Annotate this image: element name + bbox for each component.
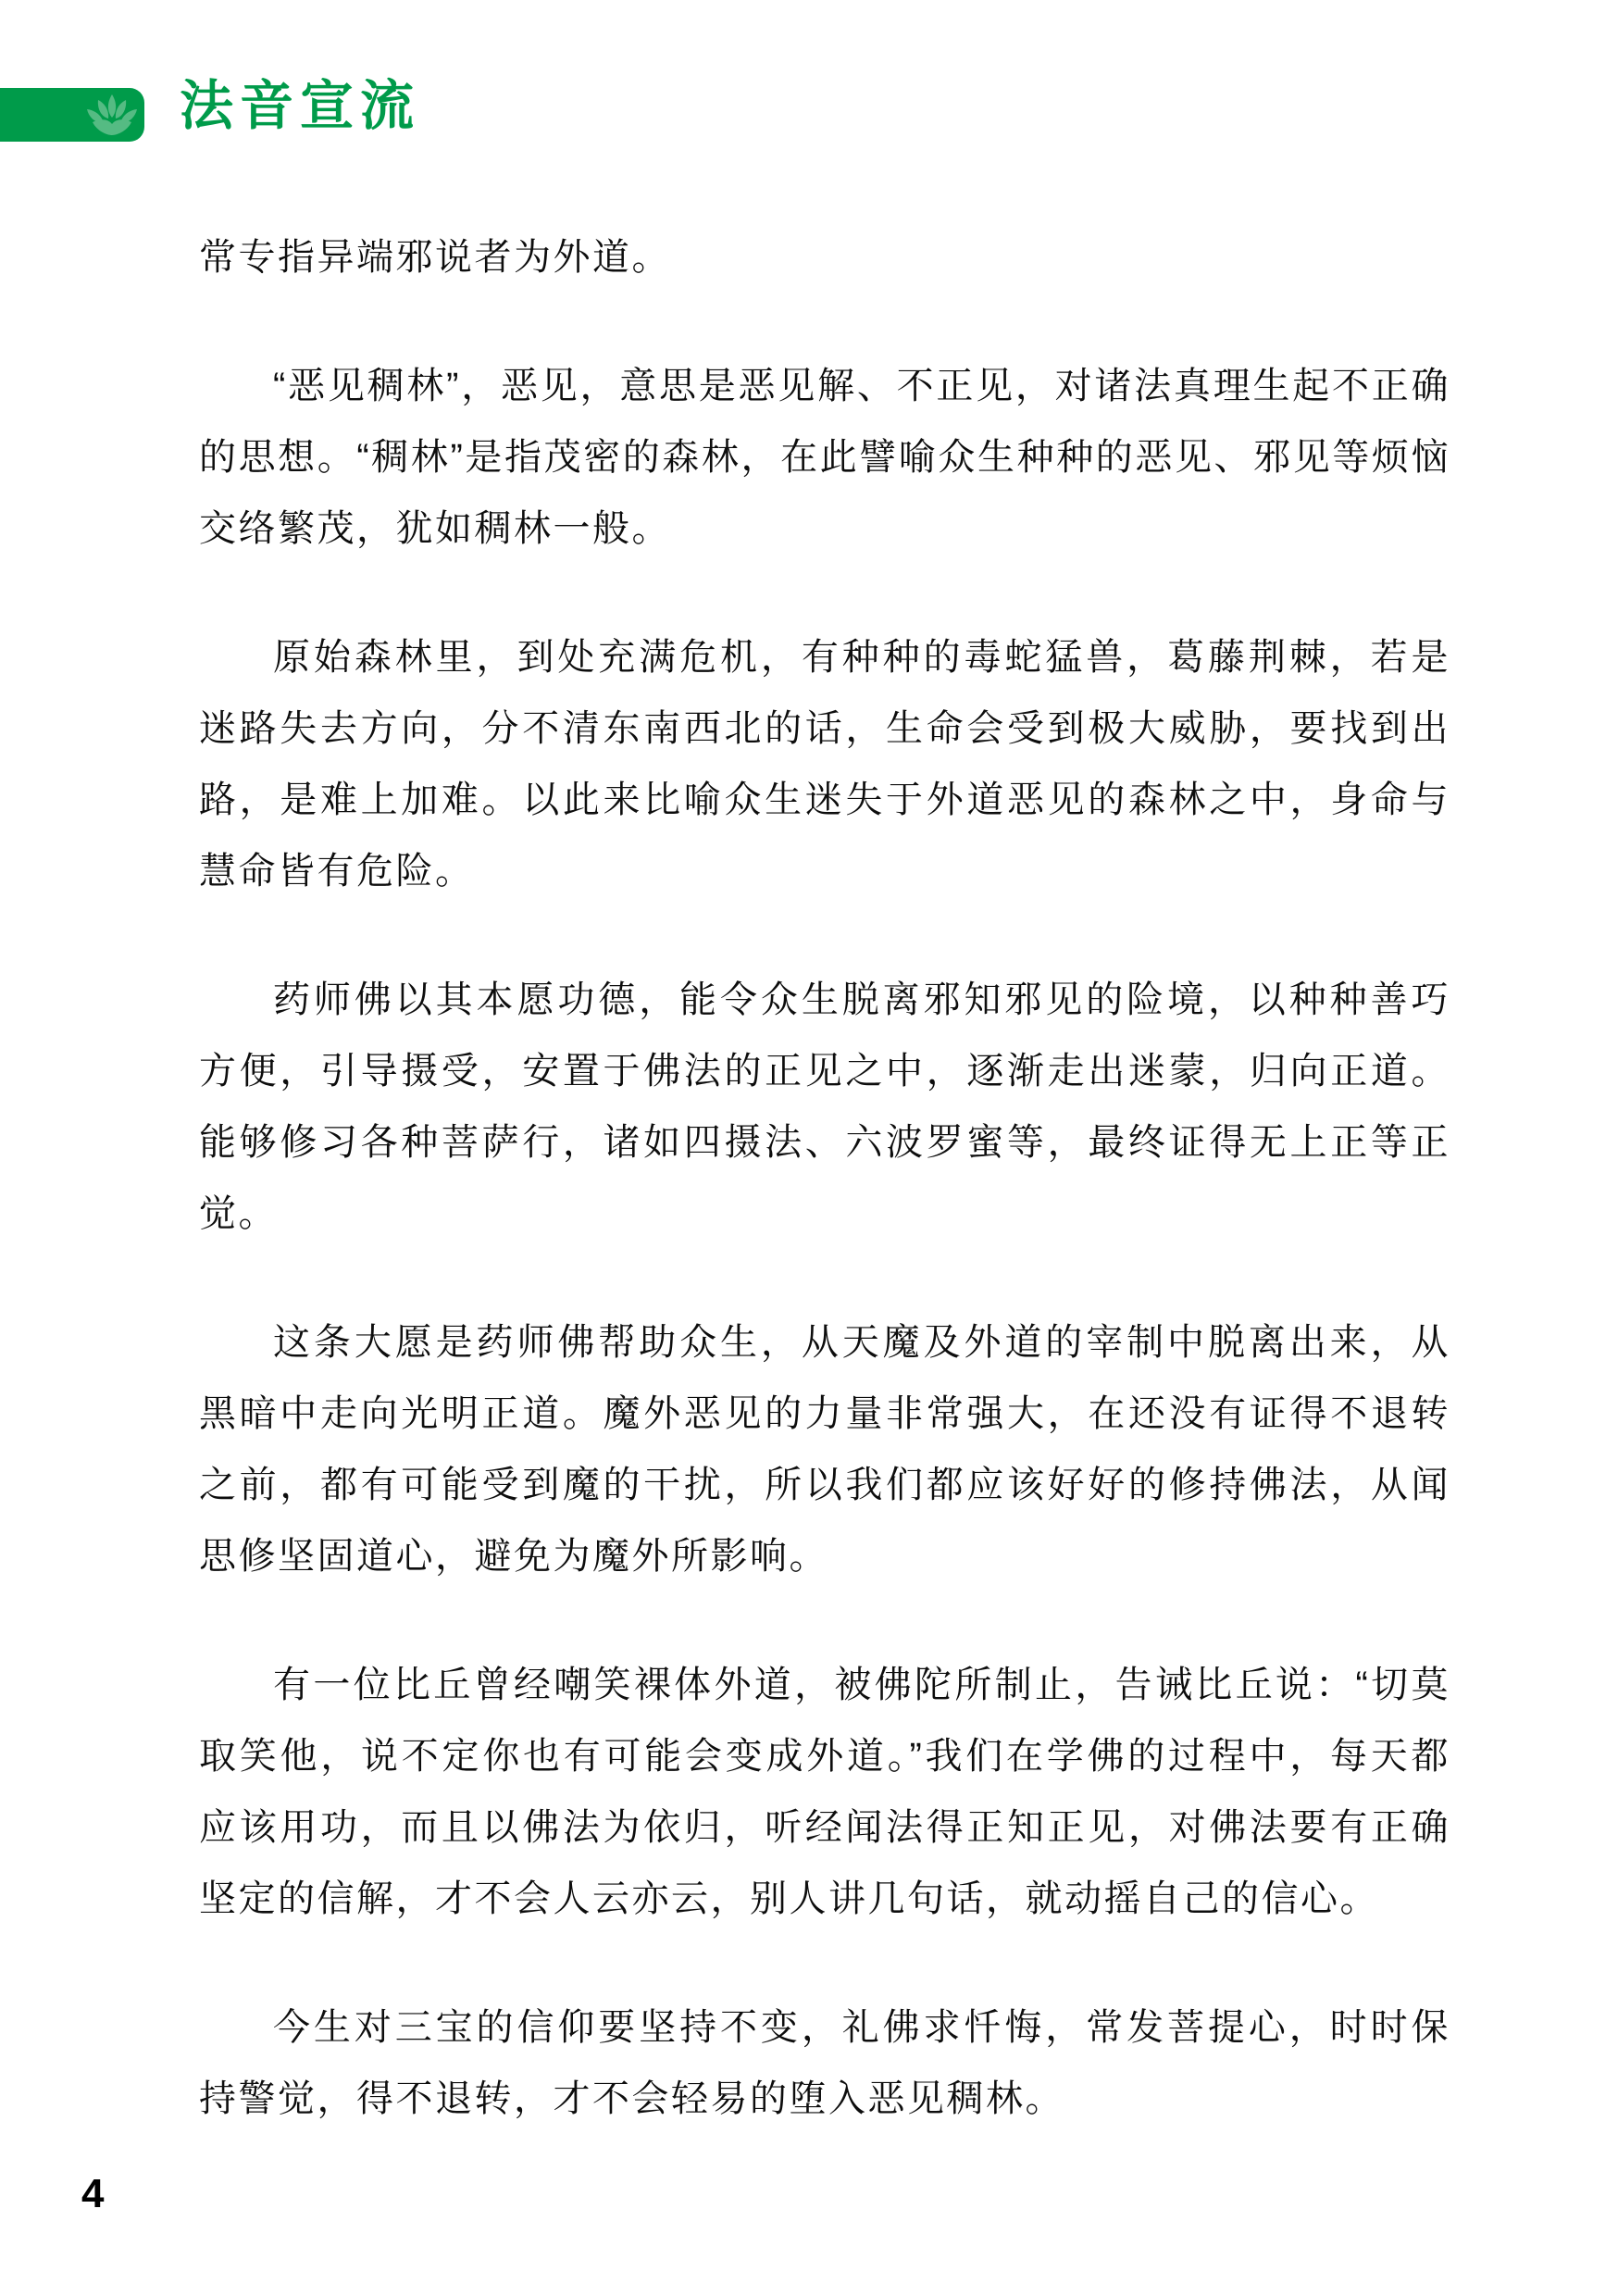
paragraph: 常专指异端邪说者为外道。 <box>199 222 1450 293</box>
paragraph: “恶见稠林”，恶见，意思是恶见解、不正见，对诸法真理生起不正确的思想。“稠林”是… <box>199 351 1450 565</box>
body-text: 常专指异端邪说者为外道。“恶见稠林”，恶见，意思是恶见解、不正见，对诸法真理生起… <box>199 222 1450 2135</box>
paragraph: 药师佛以其本愿功德，能令众生脱离邪知邪见的险境，以种种善巧方便，引导摄受，安置于… <box>199 965 1450 1250</box>
brand-bar <box>0 88 144 142</box>
brand-title: 法音宣流 <box>180 80 420 133</box>
paragraph: 今生对三宝的信仰要坚持不变，礼佛求忏悔，常发菩提心，时时保持警觉，得不退转，才不… <box>199 1992 1450 2135</box>
page-header: 法音宣流 <box>0 0 1618 148</box>
lotus-icon <box>83 93 141 137</box>
paragraph: 有一位比丘曾经嘲笑裸体外道，被佛陀所制止，告诫比丘说：“切莫取笑他，说不定你也有… <box>199 1650 1450 1935</box>
paragraph: 这条大愿是药师佛帮助众生，从天魔及外道的宰制中脱离出来，从黑暗中走向光明正道。魔… <box>199 1307 1450 1592</box>
page-number: 4 <box>81 2174 104 2215</box>
paragraph: 原始森林里，到处充满危机，有种种的毒蛇猛兽，葛藤荆棘，若是迷路失去方向，分不清东… <box>199 622 1450 907</box>
